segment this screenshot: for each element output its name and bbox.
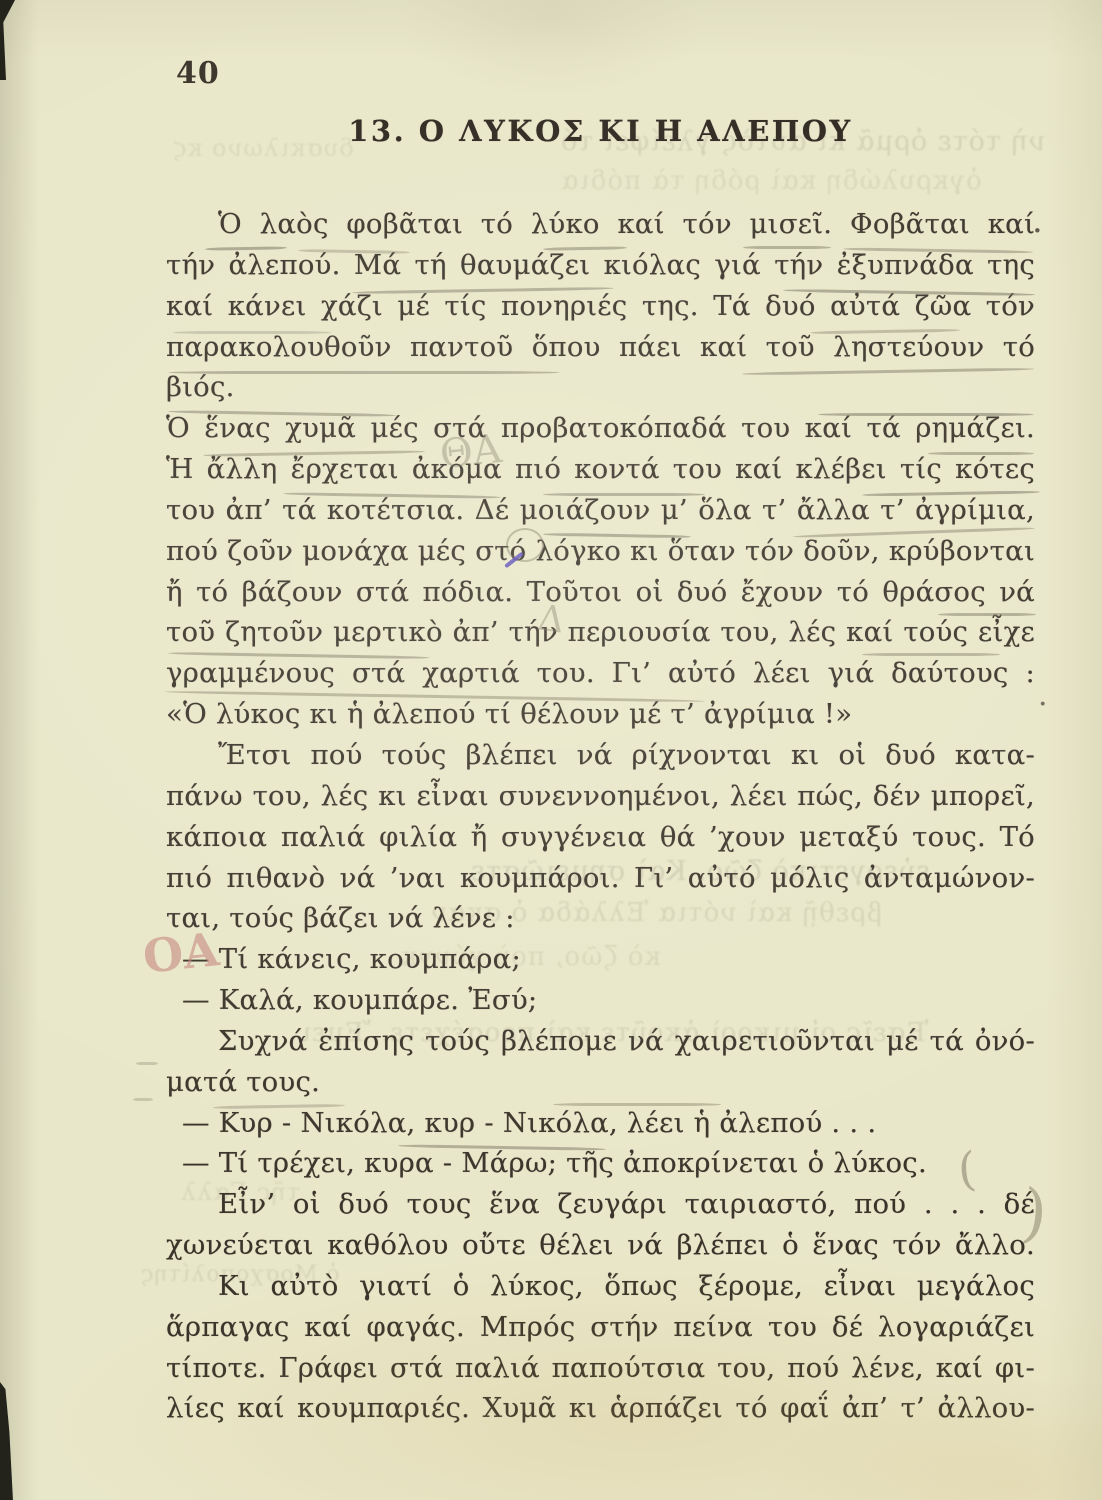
- book-page-scan: νὴ τότε ὁρμᾶ κι αὐτὸς γλείφει τόὀγκρυλώδ…: [0, 0, 1102, 1500]
- pencil-underline: [818, 413, 1034, 416]
- pencil-underline: [543, 246, 627, 250]
- pencil-underline: [213, 1104, 345, 1109]
- ink-handwriting-mark: ·: [1032, 214, 1043, 248]
- pencil-handwriting-mark: Δ: [536, 600, 567, 639]
- pencil-handwriting-mark: ΘΑ: [438, 429, 504, 475]
- pencil-underline: [553, 1103, 721, 1106]
- pencil-underline: [205, 246, 287, 250]
- pencil-underline: [742, 367, 1034, 375]
- annotations-layer: ΘΑΔΟΑ()··: [0, 0, 1102, 1500]
- pencil-underline: [173, 331, 331, 334]
- pencil-underline: [743, 246, 831, 249]
- pencil-underline: [136, 1062, 158, 1065]
- pencil-underline: [543, 493, 705, 496]
- ink-handwriting-mark: ·: [1038, 690, 1048, 720]
- pencil-underline: [352, 287, 614, 294]
- pencil-underline: [862, 490, 1040, 496]
- pencil-underline: [168, 652, 430, 659]
- pencil-underline: [203, 450, 425, 456]
- pencil-underline: [543, 533, 691, 538]
- pencil-underline: [298, 249, 410, 254]
- pencil-underline: [168, 410, 396, 417]
- pencil-underline: [843, 247, 1033, 253]
- pencil-underline: [168, 371, 560, 374]
- pencil-underline: [398, 1144, 606, 1150]
- pencil-underline: [810, 329, 960, 334]
- pencil-underline: [862, 653, 1000, 656]
- pencil-underline: [165, 690, 705, 702]
- pencil-underline: [283, 492, 501, 498]
- pencil-underline: [133, 1098, 153, 1101]
- red-handwriting-mark: ΟΑ: [141, 926, 221, 980]
- pencil-underline: [928, 452, 1034, 455]
- pencil-underline: [938, 613, 1036, 616]
- pencil-underline: [783, 289, 1035, 296]
- pencil-underline: [793, 527, 1035, 538]
- pencil-circle-mark: [506, 528, 544, 562]
- pencil-handwriting-mark: (: [956, 1145, 978, 1192]
- pencil-handwriting-mark: ): [1019, 1181, 1051, 1247]
